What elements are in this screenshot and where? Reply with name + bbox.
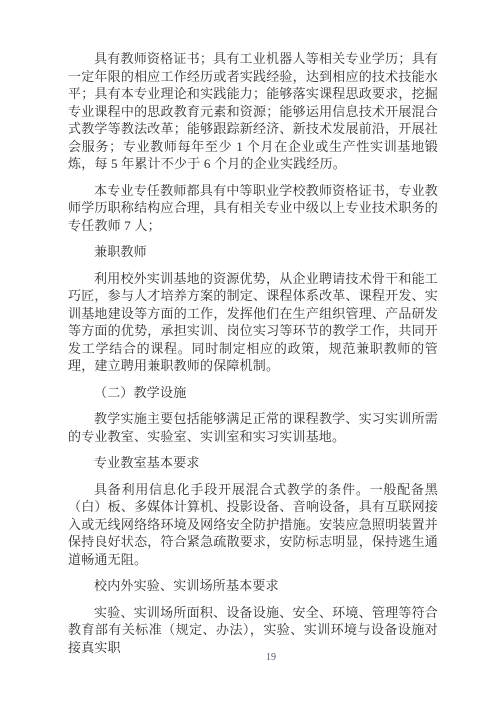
heading-training-site-requirements: 校内外实验、实训场所基本要求 [68, 577, 438, 595]
paragraph-teaching-facilities-overview: 教学实施主要包括能够满足正常的课程教学、实习实训所需的专业教室、实验室、实训室和… [68, 410, 438, 445]
page-number: 19 [266, 652, 276, 664]
paragraph-fulltime-teachers: 本专业专任教师都具有中等职业学校教师资格证书，专业教师学历职称结构应合理，具有相… [68, 182, 438, 235]
heading-parttime-teachers: 兼职教师 [68, 243, 438, 261]
paragraph-teacher-qualifications: 具有教师资格证书；具有工业机器人等相关专业学历；具有一定年限的相应工作经历或者实… [68, 50, 438, 173]
heading-classroom-requirements: 专业教室基本要求 [68, 454, 438, 472]
paragraph-training-site-requirements-detail: 实验、实训场所面积、设备设施、安全、环境、管理等符合教育部有关标准（规定、办法）… [68, 604, 438, 657]
document-content: 具有教师资格证书；具有工业机器人等相关专业学历；具有一定年限的相应工作经历或者实… [68, 50, 438, 656]
document-page: 具有教师资格证书；具有工业机器人等相关专业学历；具有一定年限的相应工作经历或者实… [0, 0, 500, 707]
paragraph-parttime-teachers-detail: 利用校外实训基地的资源优势，从企业聘请技术骨干和能工巧匠，参与人才培养方案的制定… [68, 270, 438, 375]
paragraph-classroom-requirements-detail: 具备利用信息化手段开展混合式教学的条件。一般配备黑（白）板、多媒体计算机、投影设… [68, 481, 438, 569]
heading-teaching-facilities: （二）教学设施 [68, 384, 438, 402]
